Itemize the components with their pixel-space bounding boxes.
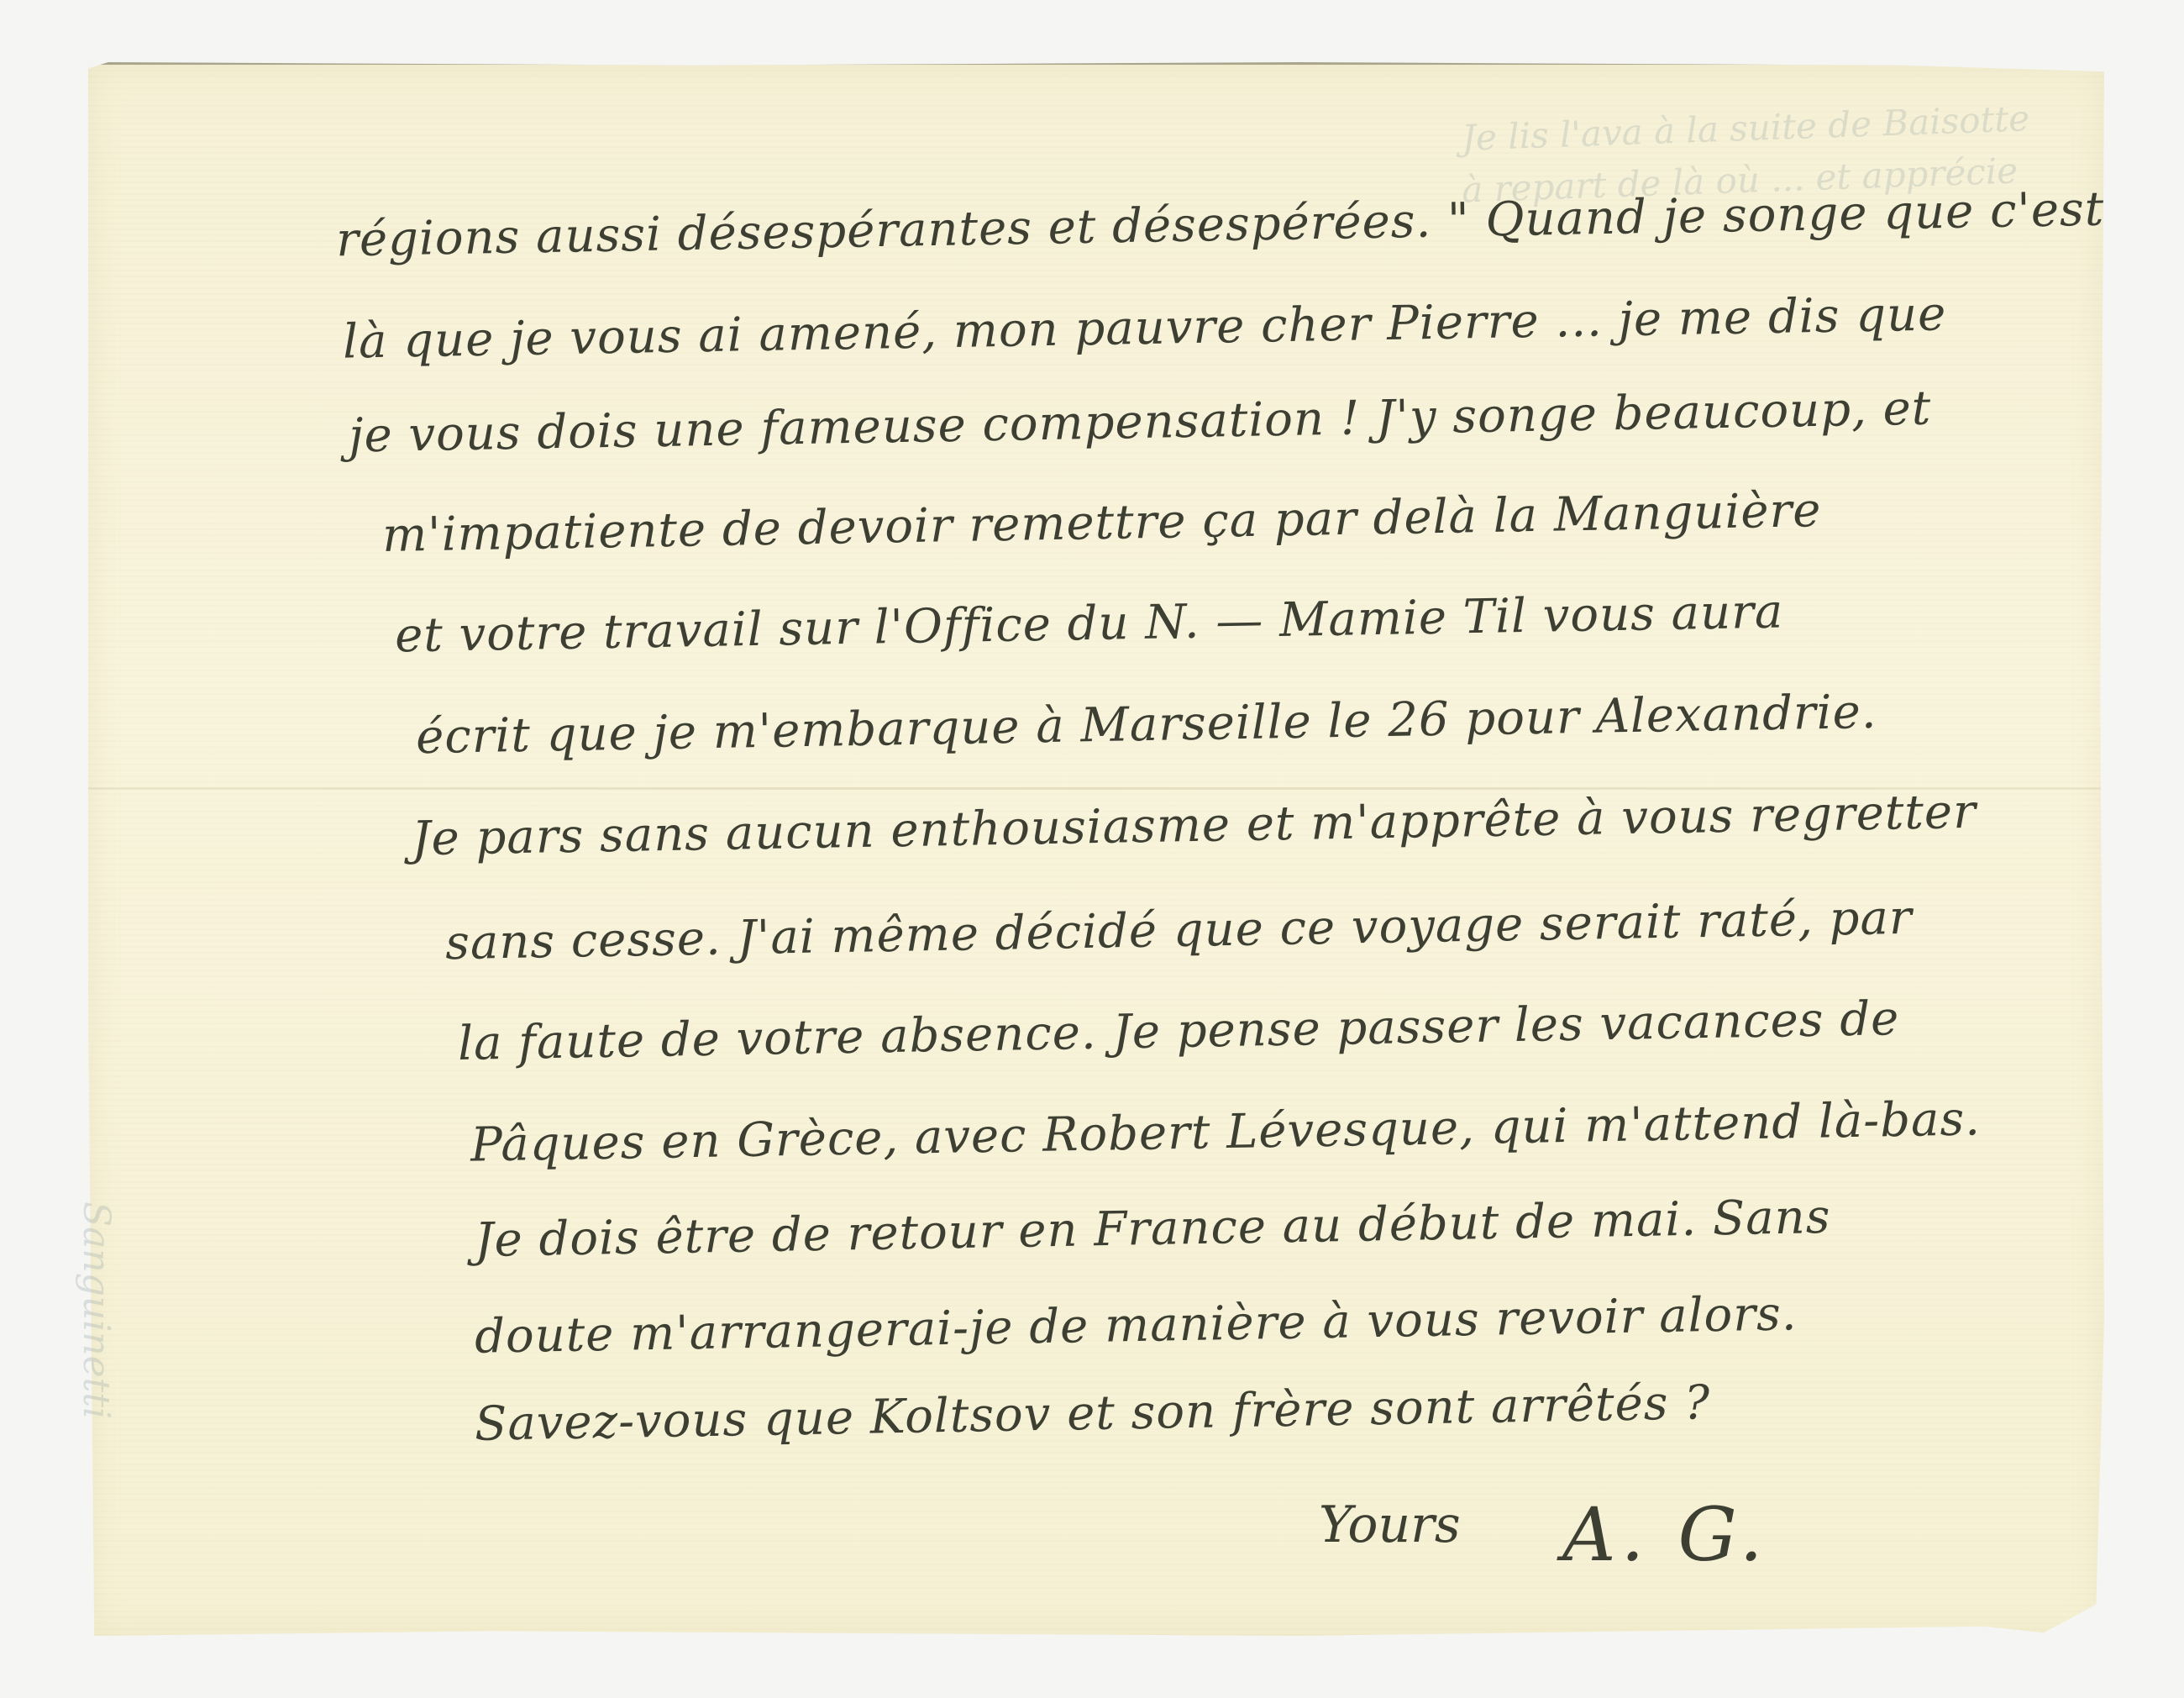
letter-body: régions aussi désespérantes et désespéré… bbox=[0, 0, 2184, 1698]
letter-line: doute m'arrangerai-je de manière à vous … bbox=[475, 1286, 1798, 1364]
letter-line: la faute de votre absence. Je pense pass… bbox=[458, 991, 1900, 1071]
letter-line: Je pars sans aucun enthousiasme et m'app… bbox=[412, 785, 1977, 867]
letter-line: là que je vous ai amené, mon pauvre cher… bbox=[343, 287, 1947, 369]
letter-line: Savez-vous que Koltsov et son frère sont… bbox=[475, 1375, 1711, 1452]
letter-signature: A. G. bbox=[1562, 1491, 1768, 1578]
letter-closing: Yours bbox=[1319, 1496, 1461, 1554]
letter-line: sans cesse. J'ai même décidé que ce voya… bbox=[445, 891, 1914, 970]
letter-line: et votre travail sur l'Office du N. — Ma… bbox=[395, 585, 1784, 664]
letter-line: je vous dois une fameuse compensation ! … bbox=[349, 381, 1932, 464]
letter-line: régions aussi désespérantes et désespéré… bbox=[336, 182, 2105, 268]
letter-line: écrit que je m'embarque à Marseille le 2… bbox=[416, 685, 1877, 765]
letter-line: Pâques en Grèce, avec Robert Lévesque, q… bbox=[470, 1091, 1982, 1172]
letter-line: m'impatiente de devoir remettre ça par d… bbox=[382, 483, 1822, 563]
letter-line: Je dois être de retour en France au débu… bbox=[475, 1190, 1831, 1268]
